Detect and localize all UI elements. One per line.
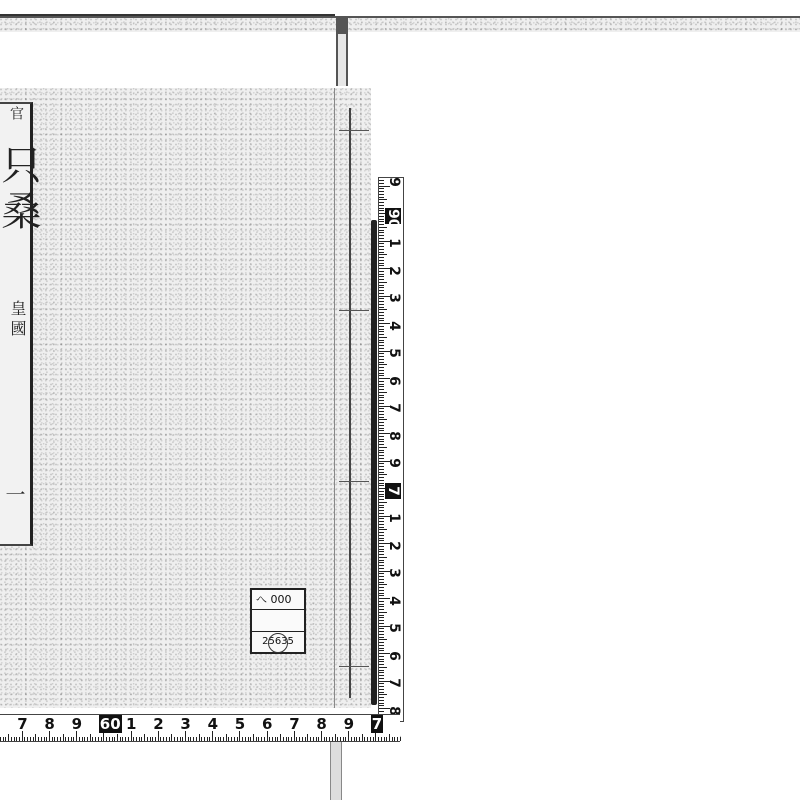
ruler-tick — [141, 737, 142, 741]
ruler-number: 7 — [17, 715, 27, 733]
ruler-number: 4 — [386, 594, 402, 608]
ruler-tick — [379, 535, 384, 536]
title-slip: 官 只桑 皇國 一 — [0, 102, 33, 546]
ruler-number: 8 — [316, 715, 326, 733]
ruler-tick — [310, 737, 311, 741]
ruler-tick — [379, 444, 384, 445]
ruler-tick — [379, 670, 384, 671]
spine-tie — [339, 666, 369, 667]
ruler-tick — [379, 224, 384, 225]
ruler-tick — [379, 252, 384, 253]
ruler-tick — [379, 584, 387, 585]
ruler-tick — [242, 737, 243, 741]
ruler-tick — [354, 737, 355, 741]
ruler-tick — [250, 737, 251, 741]
ruler-tick — [379, 381, 384, 382]
ruler-tick — [379, 362, 384, 363]
ruler-tick — [253, 734, 254, 741]
vertical-ruler: 9901234567897123456789 — [378, 177, 404, 722]
ruler-tick — [379, 430, 384, 431]
ruler-tick — [379, 202, 384, 203]
ruler-number: 1 — [386, 236, 402, 250]
ruler-tick — [379, 678, 384, 679]
ruler-tick — [379, 271, 384, 272]
ruler-tick — [101, 737, 102, 741]
ruler-tick — [379, 359, 384, 360]
ruler-tick — [180, 737, 181, 741]
title-sub-chars: 皇國 — [6, 300, 29, 340]
ruler-tick — [286, 737, 287, 741]
ruler-tick — [337, 737, 338, 741]
ruler-tick — [379, 340, 384, 341]
ruler-tick — [379, 293, 384, 294]
ruler-tick — [82, 737, 83, 741]
ruler-tick — [379, 455, 384, 456]
ruler-number: 7 — [385, 483, 401, 499]
label-blank-row — [252, 611, 304, 632]
ruler-tick — [256, 737, 257, 741]
ruler-tick — [379, 518, 384, 519]
ruler-number: 9 — [344, 715, 354, 733]
ruler-tick — [379, 593, 384, 594]
ruler-tick — [379, 400, 384, 401]
ruler-tick — [379, 532, 384, 533]
ruler-number: 1 — [386, 511, 402, 525]
ruler-tick — [379, 375, 384, 376]
ruler-tick — [379, 411, 384, 412]
ruler-tick — [379, 452, 384, 453]
ruler-tick — [63, 734, 64, 741]
ruler-tick — [52, 737, 53, 741]
ruler-tick — [272, 737, 273, 741]
ruler-tick — [379, 667, 387, 668]
ruler-tick — [92, 737, 93, 741]
ruler-tick — [163, 737, 164, 741]
ruler-tick — [379, 417, 384, 418]
ruler-tick — [5, 737, 6, 741]
ruler-tick — [392, 737, 393, 741]
ruler-tick — [379, 620, 384, 621]
ruler-tick — [379, 274, 384, 275]
ruler-number: 9 — [386, 456, 402, 470]
ruler-tick — [379, 557, 387, 558]
ruler-tick — [379, 290, 384, 291]
ruler-tick — [379, 183, 384, 184]
ruler-tick — [379, 612, 387, 613]
ruler-tick — [378, 737, 379, 741]
title-bottom-char: 一 — [0, 484, 29, 504]
ruler-tick — [386, 737, 387, 741]
ruler-number: 7 — [386, 676, 402, 690]
ruler-tick — [117, 734, 118, 741]
ruler-tick — [313, 737, 314, 741]
ruler-tick — [379, 551, 384, 552]
ruler-tick — [379, 329, 384, 330]
ruler-tick — [379, 425, 384, 426]
ruler-tick — [73, 737, 74, 741]
ruler-tick — [379, 601, 384, 602]
ruler-tick — [95, 737, 96, 741]
ruler-tick — [379, 606, 384, 607]
ruler-tick — [8, 734, 9, 741]
ruler-tick — [379, 285, 384, 286]
ruler-tick — [379, 331, 384, 332]
ruler-tick — [245, 737, 246, 741]
ruler-tick — [379, 320, 384, 321]
ruler-tick — [54, 737, 55, 741]
ruler-tick — [33, 737, 34, 741]
title-main-chars: 只桑 — [0, 144, 47, 236]
ruler-tick — [394, 737, 395, 741]
ruler-tick — [379, 216, 384, 217]
ruler-tick — [207, 737, 208, 741]
ruler-tick — [379, 529, 387, 530]
ruler-tick — [307, 734, 308, 741]
ruler-tick — [60, 737, 61, 741]
ruler-tick — [379, 422, 384, 423]
ruler-tick — [379, 260, 384, 261]
ruler-tick — [379, 395, 384, 396]
ruler-tick — [112, 737, 113, 741]
library-label: へ 000 25635 — [250, 588, 306, 654]
ruler-tick — [144, 734, 145, 741]
ruler-tick — [209, 737, 210, 741]
ruler-tick — [379, 623, 384, 624]
ruler-tick — [400, 737, 401, 741]
ruler-tick — [379, 364, 387, 365]
ruler-tick — [98, 737, 99, 741]
ruler-tick — [340, 737, 341, 741]
ruler-tick — [188, 737, 189, 741]
ruler-tick — [379, 656, 384, 657]
ruler-tick — [379, 645, 384, 646]
ruler-tick — [379, 615, 384, 616]
ruler-tick — [335, 734, 336, 741]
ruler-tick — [283, 737, 284, 741]
ruler-tick — [128, 737, 129, 741]
ruler-tick — [379, 510, 384, 511]
ruler-tick — [329, 737, 330, 741]
ruler-number: 2 — [386, 539, 402, 553]
ruler-tick — [379, 689, 384, 690]
ruler-tick — [38, 737, 39, 741]
ruler-tick — [234, 737, 235, 741]
ruler-tick — [367, 737, 368, 741]
ruler-tick — [379, 219, 384, 220]
ruler-tick — [379, 466, 384, 467]
ruler-tick — [87, 737, 88, 741]
ruler-tick — [27, 737, 28, 741]
ruler-tick — [379, 254, 387, 255]
ruler-tick — [379, 367, 384, 368]
ruler-tick — [379, 617, 384, 618]
ruler-tick — [379, 546, 384, 547]
ruler-tick — [248, 737, 249, 741]
ruler-tick — [57, 737, 58, 741]
ruler-number: 7 — [386, 401, 402, 415]
ruler-tick — [389, 734, 390, 741]
ruler-tick — [193, 737, 194, 741]
ruler-tick — [379, 439, 384, 440]
ruler-tick — [231, 737, 232, 741]
ruler-tick — [379, 194, 384, 195]
ruler-tick — [14, 737, 15, 741]
ruler-tick — [226, 734, 227, 741]
horizontal-ruler: 6789601234567897 — [0, 714, 400, 742]
ruler-tick — [379, 496, 384, 497]
ruler-tick — [155, 737, 156, 741]
ruler-tick — [125, 737, 126, 741]
ruler-tick — [356, 737, 357, 741]
ruler-tick — [302, 737, 303, 741]
ruler-tick — [379, 348, 384, 349]
ruler-tick — [379, 458, 384, 459]
ruler-tick — [379, 628, 384, 629]
ruler-tick — [379, 565, 384, 566]
ruler-tick — [379, 414, 384, 415]
ruler-tick — [379, 483, 384, 484]
ruler-tick — [362, 734, 363, 741]
ruler-tick — [379, 210, 384, 211]
ruler-tick — [379, 697, 384, 698]
ruler-tick — [379, 631, 384, 632]
ruler-tick — [379, 419, 387, 420]
ruler-tick — [379, 188, 384, 189]
ruler-tick — [379, 307, 384, 308]
ruler-number: 7 — [289, 715, 299, 733]
ruler-tick — [379, 463, 384, 464]
ruler-tick — [379, 230, 384, 231]
ruler-tick — [177, 737, 178, 741]
ruler-tick — [379, 700, 384, 701]
ruler-tick — [379, 397, 384, 398]
ruler-tick — [261, 737, 262, 741]
ruler-tick — [379, 287, 384, 288]
ruler-number: 3 — [180, 715, 190, 733]
ruler-tick — [379, 326, 384, 327]
ruler-number: 6 — [262, 715, 272, 733]
ruler-tick — [343, 737, 344, 741]
ruler-tick — [379, 705, 384, 706]
ruler-tick — [379, 472, 384, 473]
ruler-tick — [41, 737, 42, 741]
ruler-tick — [84, 737, 85, 741]
ruler-tick — [379, 392, 387, 393]
ruler-tick — [379, 683, 384, 684]
ruler-number: 5 — [386, 621, 402, 635]
ruler-number: 2 — [153, 715, 163, 733]
ruler-tick — [277, 737, 278, 741]
ruler-number: 60 — [99, 715, 122, 733]
ruler-tick — [379, 474, 387, 475]
ruler-number: 1 — [126, 715, 136, 733]
ruler-tick — [150, 737, 151, 741]
ruler-tick — [379, 208, 384, 209]
ruler-tick — [379, 637, 384, 638]
ruler-number: 6 — [386, 649, 402, 663]
ruler-tick — [379, 505, 384, 506]
ruler-tick — [223, 737, 224, 741]
ruler-tick — [65, 737, 66, 741]
ruler-tick — [291, 737, 292, 741]
ruler-tick — [171, 734, 172, 741]
ruler-tick — [379, 675, 384, 676]
ruler-tick — [351, 737, 352, 741]
ruler-tick — [258, 737, 259, 741]
ruler-tick — [379, 703, 384, 704]
ruler-tick — [152, 737, 153, 741]
ruler-tick — [379, 634, 384, 635]
ruler-tick — [133, 737, 134, 741]
ruler-tick — [379, 257, 384, 258]
ruler-number: 7 — [371, 715, 383, 733]
ruler-tick — [379, 494, 384, 495]
spine-tie — [339, 130, 369, 131]
ruler-tick — [379, 276, 384, 277]
ruler-tick — [397, 737, 398, 741]
ruler-tick — [379, 353, 384, 354]
ruler-tick — [379, 180, 384, 181]
ruler-tick — [326, 737, 327, 741]
ruler-number: 4 — [208, 715, 218, 733]
ruler-tick — [114, 737, 115, 741]
ruler-tick — [332, 737, 333, 741]
top-edge-strip — [0, 16, 800, 32]
ruler-tick — [381, 737, 382, 741]
ruler-tick — [264, 737, 265, 741]
ruler-tick — [379, 199, 387, 200]
ruler-tick — [379, 265, 384, 266]
ruler-tick — [379, 560, 384, 561]
ruler-tick — [299, 737, 300, 741]
ruler-tick — [379, 694, 387, 695]
ruler-tick — [220, 737, 221, 741]
ruler-tick — [379, 197, 384, 198]
ruler-tick — [379, 384, 384, 385]
ruler-tick — [384, 737, 385, 741]
ruler-tick — [275, 737, 276, 741]
ruler-tick — [3, 737, 4, 741]
ruler-tick — [0, 737, 1, 741]
ruler-tick — [379, 521, 384, 522]
ruler-tick — [379, 491, 384, 492]
ruler-tick — [160, 737, 161, 741]
ruler-number: 3 — [386, 566, 402, 580]
ruler-tick — [379, 604, 384, 605]
ruler-tick — [147, 737, 148, 741]
ruler-tick — [379, 318, 384, 319]
ruler-number: 6 — [386, 374, 402, 388]
ruler-tick — [199, 734, 200, 741]
ruler-tick — [379, 648, 384, 649]
ruler-tick — [379, 590, 384, 591]
ruler-tick — [379, 298, 384, 299]
ruler-number: 9 — [386, 175, 402, 189]
ruler-tick — [379, 282, 387, 283]
ruler-number: 9 — [72, 715, 82, 733]
ruler-tick — [379, 582, 384, 583]
ruler-tick — [190, 737, 191, 741]
ruler-tick — [228, 737, 229, 741]
ruler-tick — [68, 737, 69, 741]
ruler-tick — [169, 737, 170, 741]
ruler-tick — [379, 524, 384, 525]
ruler-tick — [379, 345, 384, 346]
ruler-tick — [218, 737, 219, 741]
ruler-tick — [379, 334, 384, 335]
book-spine — [334, 88, 371, 708]
ruler-tick — [379, 408, 384, 409]
spine-tie — [339, 310, 369, 311]
ruler-tick — [288, 737, 289, 741]
ruler-tick — [379, 672, 384, 673]
ruler-tick — [379, 692, 384, 693]
ruler-tick — [379, 595, 384, 596]
ruler-tick — [215, 737, 216, 741]
ruler-tick — [379, 373, 384, 374]
ruler-tick — [379, 576, 384, 577]
ruler-number: 5 — [235, 715, 245, 733]
ruler-tick — [379, 549, 384, 550]
ruler-tick — [379, 243, 384, 244]
ruler-tick — [364, 737, 365, 741]
ruler-tick — [379, 304, 384, 305]
ruler-number: 5 — [386, 346, 402, 360]
ruler-tick — [324, 737, 325, 741]
ruler-tick — [379, 441, 384, 442]
ruler-tick — [379, 579, 384, 580]
ruler-tick — [379, 485, 384, 486]
ruler-tick — [120, 737, 121, 741]
ruler-tick — [237, 737, 238, 741]
ruler-tick — [379, 642, 384, 643]
ruler-tick — [24, 737, 25, 741]
title-top-char: 官 — [6, 106, 26, 120]
ruler-number: 4 — [386, 319, 402, 333]
binding-post-top-inner — [338, 34, 346, 86]
ruler-tick — [379, 554, 384, 555]
ruler-tick — [379, 246, 384, 247]
ruler-tick — [379, 221, 384, 222]
ruler-tick — [379, 664, 384, 665]
label-stamp-circle — [268, 633, 288, 653]
ruler-tick — [46, 737, 47, 741]
ruler-tick — [379, 436, 384, 437]
ruler-tick — [16, 737, 17, 741]
ruler-tick — [305, 737, 306, 741]
ruler-number: 3 — [386, 291, 402, 305]
ruler-tick — [71, 737, 72, 741]
ruler-tick — [379, 686, 384, 687]
ruler-tick — [379, 450, 384, 451]
ruler-tick — [370, 737, 371, 741]
ruler-tick — [379, 562, 384, 563]
ruler-tick — [379, 650, 384, 651]
ruler-tick — [122, 737, 123, 741]
ruler-tick — [379, 370, 384, 371]
ruler-tick — [379, 301, 384, 302]
ruler-tick — [379, 480, 384, 481]
ruler-tick — [318, 737, 319, 741]
ruler-tick — [373, 737, 374, 741]
ruler-tick — [379, 568, 384, 569]
ruler-tick — [379, 279, 384, 280]
ruler-tick — [174, 737, 175, 741]
ruler-tick — [316, 737, 317, 741]
ruler-tick — [139, 737, 140, 741]
binding-post-bottom — [330, 742, 342, 800]
ruler-tick — [30, 737, 31, 741]
